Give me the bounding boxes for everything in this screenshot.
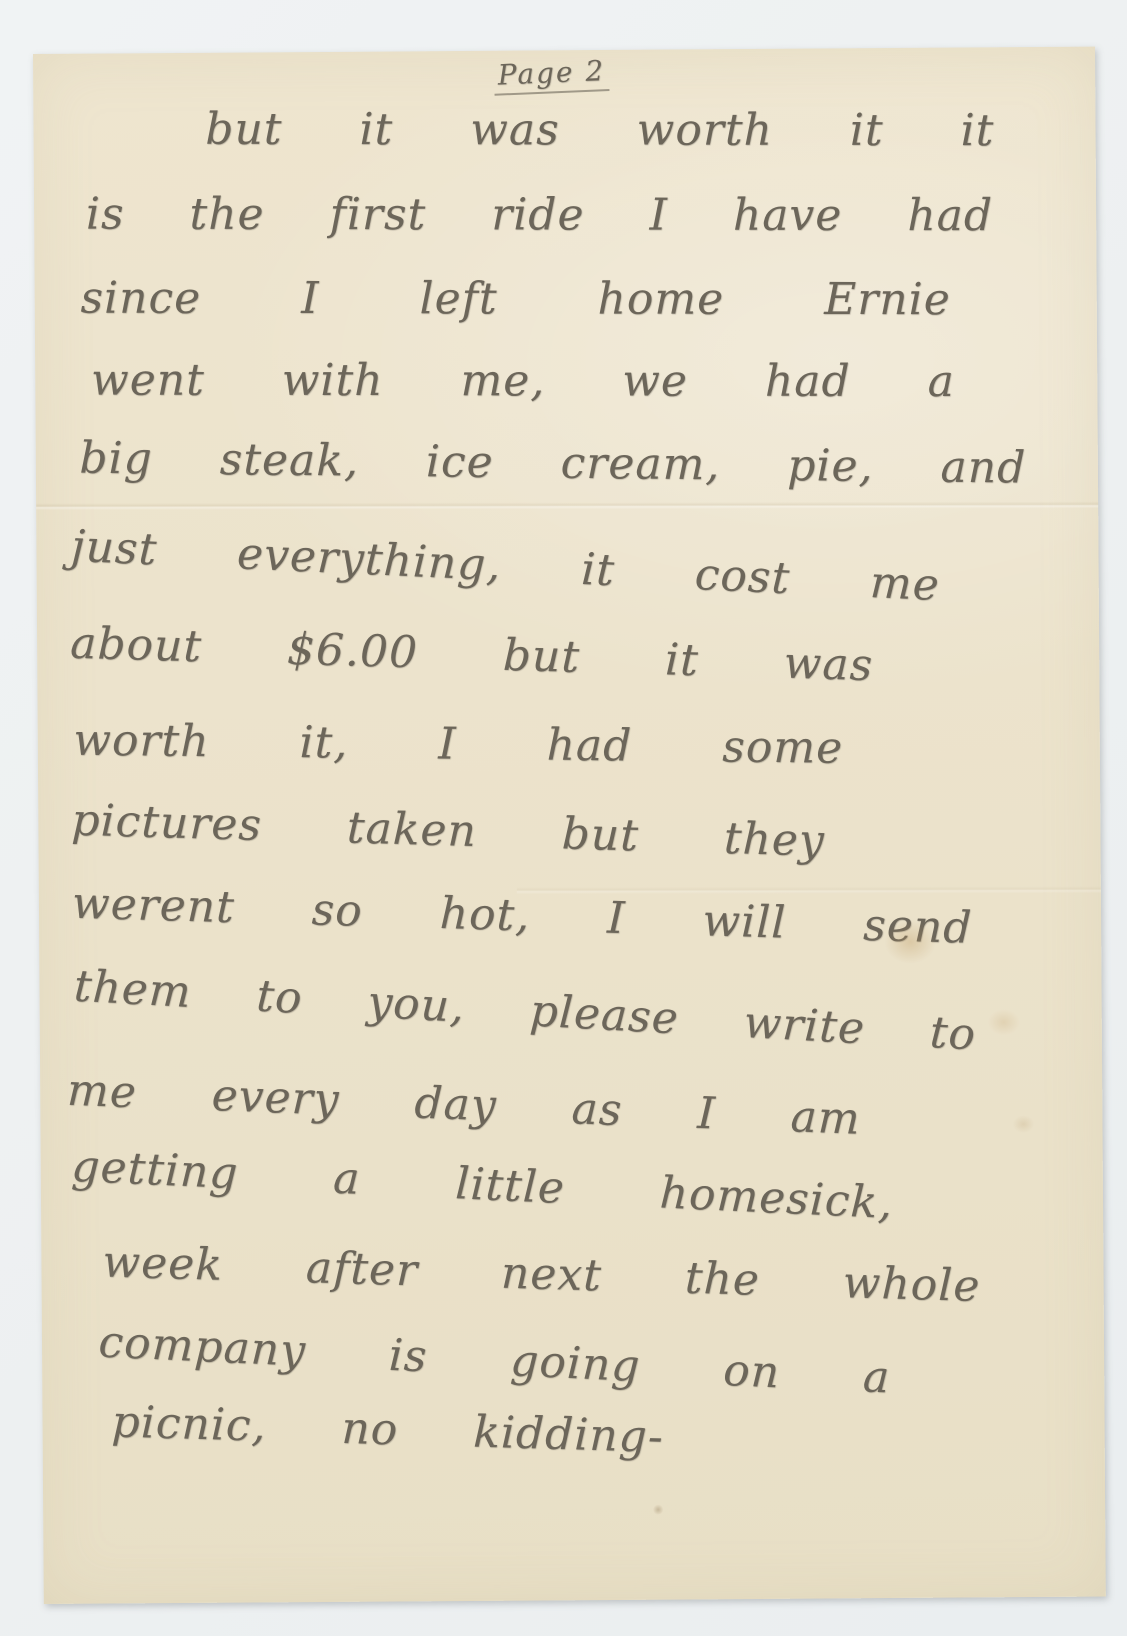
handwritten-line-2: is the first ride I have had (86, 190, 993, 242)
scan-background: Page 2 but it was worth it itis the firs… (0, 0, 1127, 1636)
letter-lines: but it was worth it itis the first ride … (33, 47, 1095, 54)
fold-crease-lower (517, 886, 1101, 894)
page-number-label: Page 2 (493, 54, 610, 96)
paper-speck (653, 1505, 663, 1515)
handwritten-line-4: went with me, we had a (91, 356, 955, 408)
handwritten-line-1: but it was worth it it (205, 105, 994, 157)
handwritten-line-7: about $6.00 but it was (70, 619, 874, 692)
handwritten-line-14: week after next the whole (102, 1238, 981, 1313)
handwritten-line-5: big steak, ice cream, pie, and (79, 434, 1026, 495)
fold-crease-upper (36, 501, 1098, 510)
handwritten-line-13: getting a little homesick, (70, 1142, 894, 1230)
letter-paper: Page 2 but it was worth it itis the firs… (33, 47, 1106, 1604)
handwritten-line-16: picnic, no kidding- (111, 1397, 664, 1463)
handwritten-line-3: since I left home Ernie (80, 274, 950, 326)
paper-stain (988, 1009, 1020, 1035)
handwritten-line-11: them to you, please write to (73, 962, 978, 1061)
paper-stain (1012, 1115, 1034, 1133)
handwritten-line-6: just everything, it cost me (70, 522, 941, 612)
handwritten-line-12: me every day as I am (66, 1066, 861, 1146)
handwritten-line-9: pictures taken but they (71, 796, 826, 868)
handwritten-line-8: worth it, I had some (73, 716, 843, 775)
handwritten-line-15: company is going on a (98, 1318, 892, 1404)
